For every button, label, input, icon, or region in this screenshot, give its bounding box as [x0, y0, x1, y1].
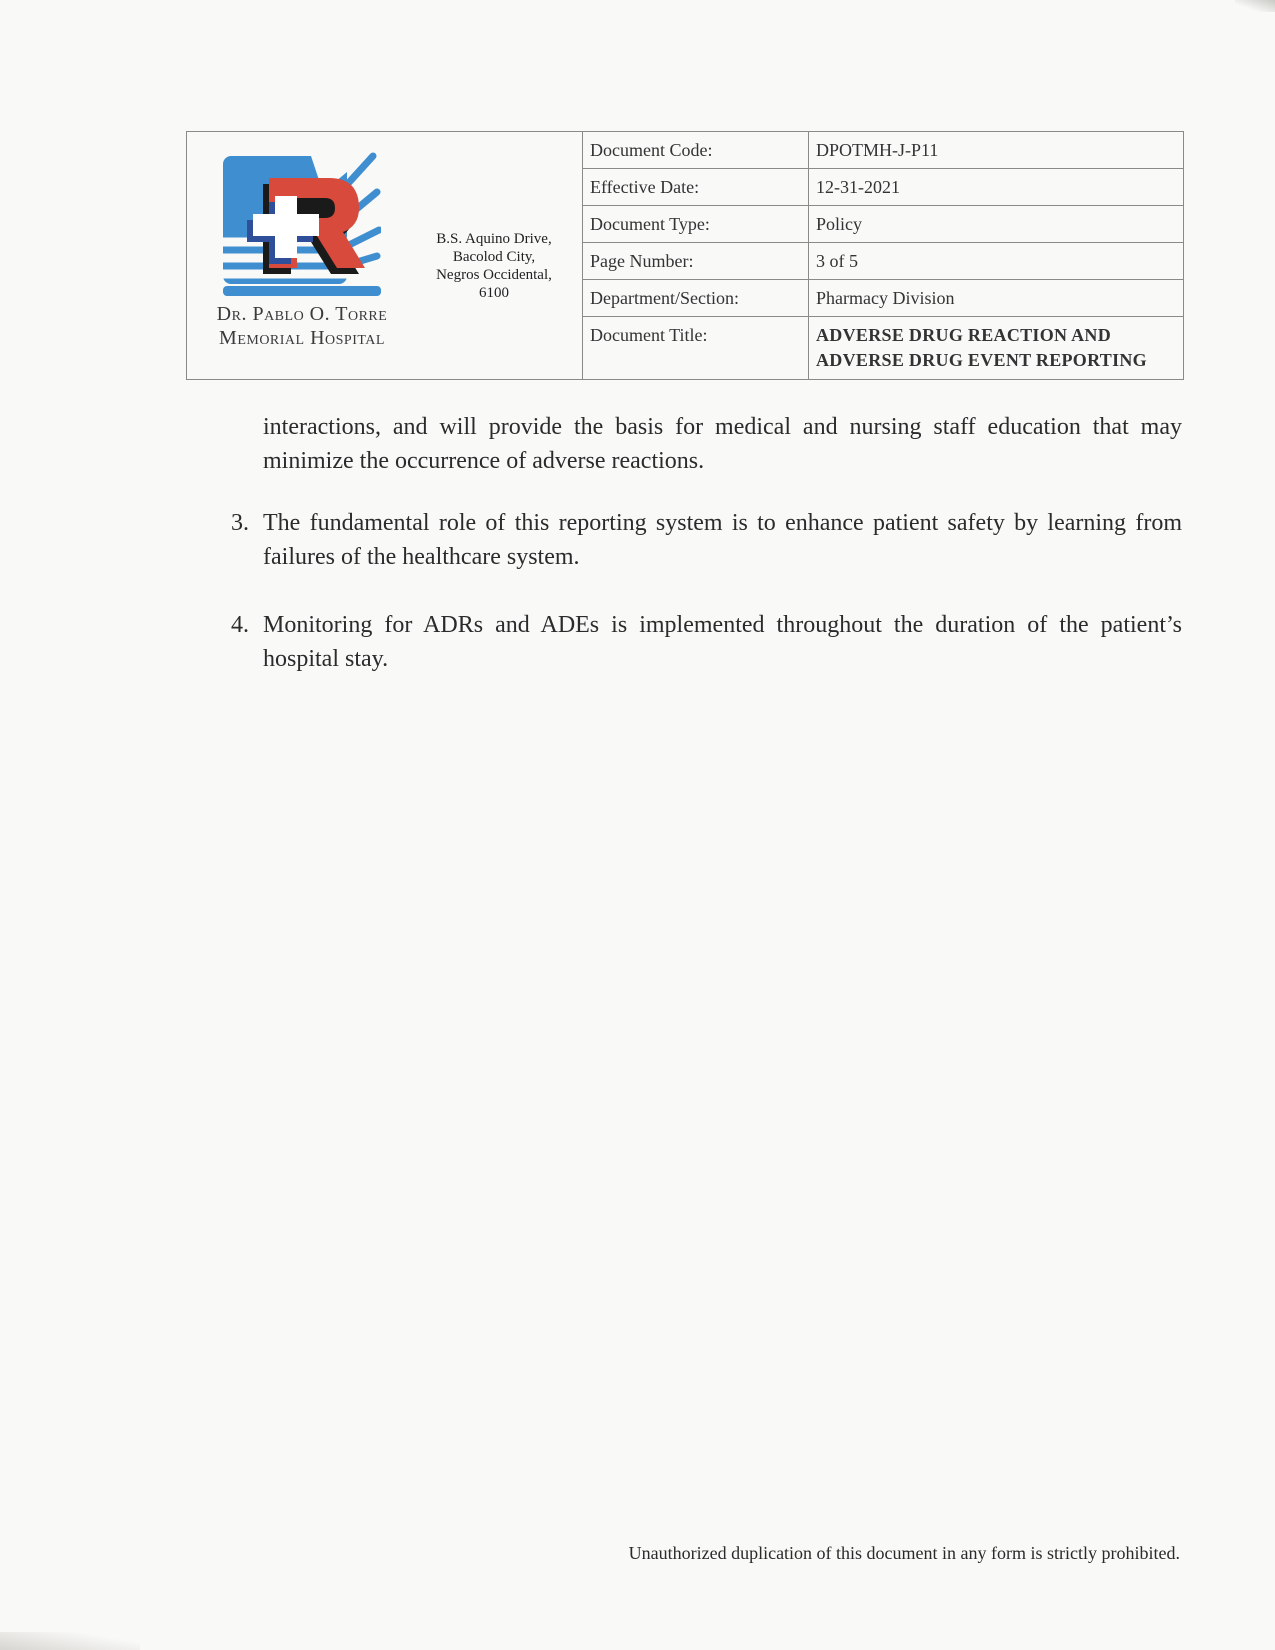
info-value: Policy [809, 206, 1183, 242]
list-text: Monitoring for ADRs and ADEs is implemen… [263, 612, 1182, 672]
info-value: 3 of 5 [809, 243, 1183, 279]
address-line: B.S. Aquino Drive, [419, 230, 569, 248]
hospital-name: Dr. Pablo O. Torre Memorial Hospital [187, 302, 417, 350]
info-label: Document Code: [583, 132, 809, 168]
hospital-identity-cell: Dr. Pablo O. Torre Memorial Hospital B.S… [187, 132, 583, 379]
hospital-r-cross-logo-icon [223, 152, 381, 302]
hospital-name-line2: Memorial Hospital [187, 326, 417, 350]
duplication-notice: Unauthorized duplication of this documen… [520, 1543, 1180, 1564]
list-item: 3. The fundamental role of this reportin… [231, 506, 1182, 574]
list-number: 4. [231, 608, 249, 642]
document-title: ADVERSE DRUG REACTION AND ADVERSE DRUG E… [809, 317, 1183, 385]
document-title-line1: ADVERSE DRUG REACTION AND [816, 323, 1183, 348]
list-item: 4. Monitoring for ADRs and ADEs is imple… [231, 608, 1182, 676]
address-line: Bacolod City, [419, 248, 569, 266]
info-row-document-title: Document Title: ADVERSE DRUG REACTION AN… [583, 317, 1183, 379]
info-label: Document Type: [583, 206, 809, 242]
info-value: 12-31-2021 [809, 169, 1183, 205]
list-text: The fundamental role of this reporting s… [263, 510, 1182, 570]
info-row-effective-date: Effective Date: 12-31-2021 [583, 169, 1183, 206]
continuation-paragraph: interactions, and will provide the basis… [231, 410, 1182, 478]
info-row-department: Department/Section: Pharmacy Division [583, 280, 1183, 317]
scan-edge-shadow [1235, 0, 1275, 12]
document-title-line2: ADVERSE DRUG EVENT REPORTING [816, 348, 1183, 373]
info-value: Pharmacy Division [809, 280, 1183, 316]
info-row-page-number: Page Number: 3 of 5 [583, 243, 1183, 280]
document-header-table: Dr. Pablo O. Torre Memorial Hospital B.S… [186, 131, 1184, 380]
scan-edge-shadow [0, 1632, 140, 1650]
info-row-document-type: Document Type: Policy [583, 206, 1183, 243]
info-label: Effective Date: [583, 169, 809, 205]
address-line: Negros Occidental, [419, 266, 569, 284]
info-label: Document Title: [583, 317, 809, 379]
list-number: 3. [231, 506, 249, 540]
body-content: interactions, and will provide the basis… [231, 410, 1182, 676]
info-label: Department/Section: [583, 280, 809, 316]
document-info-rows: Document Code: DPOTMH-J-P11 Effective Da… [583, 132, 1183, 379]
hospital-address: B.S. Aquino Drive, Bacolod City, Negros … [419, 230, 569, 302]
address-line: 6100 [419, 284, 569, 302]
info-row-document-code: Document Code: DPOTMH-J-P11 [583, 132, 1183, 169]
info-value: DPOTMH-J-P11 [809, 132, 1183, 168]
info-label: Page Number: [583, 243, 809, 279]
hospital-name-line1: Dr. Pablo O. Torre [187, 302, 417, 326]
